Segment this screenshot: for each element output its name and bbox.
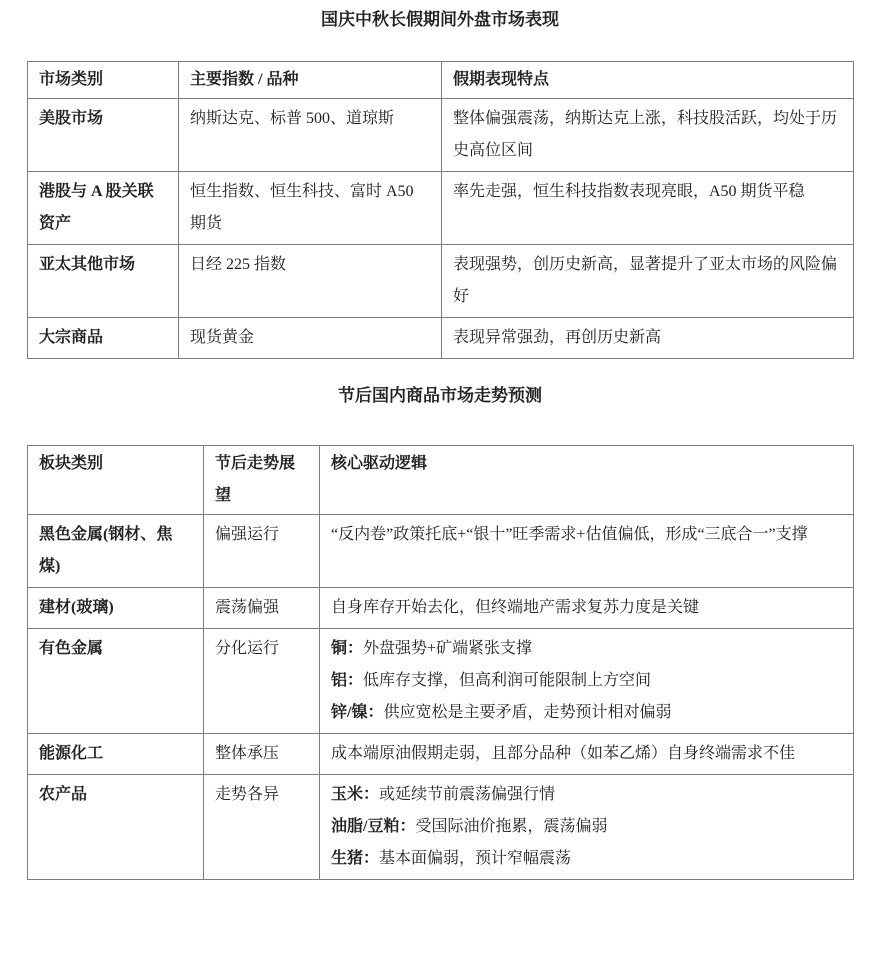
logic-line-copper: 铜：外盘强势+矿端紧张支撑 [331,633,842,665]
logic-line-prefix: 油脂/豆粕： [331,818,415,835]
cell-logic: 成本端原油假期走弱，且部分品种（如苯乙烯）自身终端需求不佳 [320,734,854,775]
logic-line-text: 基本面偏弱，预计窄幅震荡 [379,850,571,867]
cell-outlook: 震荡偏强 [204,588,320,629]
header-market-category: 市场类别 [28,62,179,99]
logic-line-zinc-nickel: 锌/镍：供应宽松是主要矛盾，走势预计相对偏弱 [331,697,842,729]
logic-line-prefix: 生猪： [331,850,379,867]
cell-logic: 铜：外盘强势+矿端紧张支撑 铝：低库存支撑，但高利润可能限制上方空间 锌/镍：供… [320,629,854,734]
cell-category: 大宗商品 [28,318,179,359]
cell-outlook: 分化运行 [204,629,320,734]
logic-line-corn: 玉米：或延续节前震荡偏强行情 [331,779,842,811]
logic-line-hogs: 生猪：基本面偏弱，预计窄幅震荡 [331,843,842,875]
logic-line-oils-meal: 油脂/豆粕：受国际油价拖累，震荡偏弱 [331,811,842,843]
cell-category: 港股与 A 股关联资产 [28,172,179,245]
document-page: 国庆中秋长假期间外盘市场表现 市场类别 主要指数 / 品种 假期表现特点 美股市… [27,0,853,880]
cell-category: 亚太其他市场 [28,245,179,318]
cell-logic: 玉米：或延续节前震荡偏强行情 油脂/豆粕：受国际油价拖累，震荡偏弱 生猪：基本面… [320,775,854,880]
table-row: 美股市场 纳斯达克、标普 500、道琼斯 整体偏强震荡，纳斯达克上涨，科技股活跃… [28,99,854,172]
logic-line-prefix: 玉米： [331,786,379,803]
table-row: 亚太其他市场 日经 225 指数 表现强势，创历史新高，显著提升了亚太市场的风险… [28,245,854,318]
cell-category: 有色金属 [28,629,204,734]
cell-logic: “反内卷”政策托底+“银十”旺季需求+估值偏低，形成“三底合一”支撑 [320,515,854,588]
table-row: 黑色金属(钢材、焦煤) 偏强运行 “反内卷”政策托底+“银十”旺季需求+估值偏低… [28,515,854,588]
logic-line-prefix: 锌/镍： [331,704,383,721]
title-overseas-markets: 国庆中秋长假期间外盘市场表现 [27,0,853,31]
table-row: 大宗商品 现货黄金 表现异常强劲，再创历史新高 [28,318,854,359]
logic-line-text: 低库存支撑，但高利润可能限制上方空间 [363,672,651,689]
header-core-driving-logic: 核心驱动逻辑 [320,446,854,515]
table-domestic-commodity-forecast: 板块类别 节后走势展望 核心驱动逻辑 黑色金属(钢材、焦煤) 偏强运行 “反内卷… [27,445,854,880]
cell-features: 整体偏强震荡，纳斯达克上涨，科技股活跃，均处于历史高位区间 [442,99,854,172]
cell-outlook: 偏强运行 [204,515,320,588]
logic-line-text: 供应宽松是主要矛盾，走势预计相对偏弱 [383,704,671,721]
cell-features: 率先走强，恒生科技指数表现亮眼，A50 期货平稳 [442,172,854,245]
cell-indices: 恒生指数、恒生科技、富时 A50 期货 [179,172,442,245]
cell-category: 能源化工 [28,734,204,775]
table-row: 有色金属 分化运行 铜：外盘强势+矿端紧张支撑 铝：低库存支撑，但高利润可能限制… [28,629,854,734]
table-header-row: 板块类别 节后走势展望 核心驱动逻辑 [28,446,854,515]
cell-category: 建材(玻璃) [28,588,204,629]
cell-category: 美股市场 [28,99,179,172]
cell-outlook: 整体承压 [204,734,320,775]
cell-outlook: 走势各异 [204,775,320,880]
table-overseas-market-performance: 市场类别 主要指数 / 品种 假期表现特点 美股市场 纳斯达克、标普 500、道… [27,61,854,359]
table-row: 能源化工 整体承压 成本端原油假期走弱，且部分品种（如苯乙烯）自身终端需求不佳 [28,734,854,775]
title-domestic-commodity-forecast: 节后国内商品市场走势预测 [27,359,853,407]
cell-indices: 现货黄金 [179,318,442,359]
logic-line-text: 外盘强势+矿端紧张支撑 [363,640,532,657]
cell-indices: 纳斯达克、标普 500、道琼斯 [179,99,442,172]
cell-features: 表现强势，创历史新高，显著提升了亚太市场的风险偏好 [442,245,854,318]
header-sector-category: 板块类别 [28,446,204,515]
table-header-row: 市场类别 主要指数 / 品种 假期表现特点 [28,62,854,99]
cell-indices: 日经 225 指数 [179,245,442,318]
header-post-holiday-outlook: 节后走势展望 [204,446,320,515]
logic-line-text: 受国际油价拖累，震荡偏弱 [415,818,607,835]
table-row: 建材(玻璃) 震荡偏强 自身库存开始去化，但终端地产需求复苏力度是关键 [28,588,854,629]
logic-line-prefix: 铝： [331,672,363,689]
logic-line-aluminum: 铝：低库存支撑，但高利润可能限制上方空间 [331,665,842,697]
cell-category: 农产品 [28,775,204,880]
table-row: 港股与 A 股关联资产 恒生指数、恒生科技、富时 A50 期货 率先走强，恒生科… [28,172,854,245]
cell-category: 黑色金属(钢材、焦煤) [28,515,204,588]
logic-line-text: 或延续节前震荡偏强行情 [379,786,555,803]
header-holiday-features: 假期表现特点 [442,62,854,99]
cell-logic: 自身库存开始去化，但终端地产需求复苏力度是关键 [320,588,854,629]
table-row: 农产品 走势各异 玉米：或延续节前震荡偏强行情 油脂/豆粕：受国际油价拖累，震荡… [28,775,854,880]
header-main-indices: 主要指数 / 品种 [179,62,442,99]
logic-line-prefix: 铜： [331,640,363,657]
cell-features: 表现异常强劲，再创历史新高 [442,318,854,359]
